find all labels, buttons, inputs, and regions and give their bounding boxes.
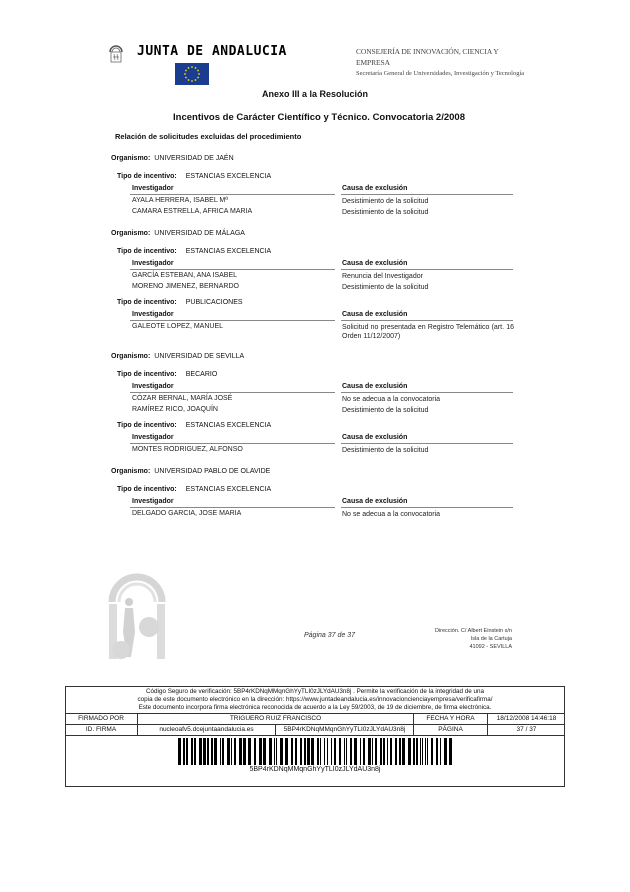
investigador-header: Investigador [132, 260, 174, 267]
header-underline [341, 443, 513, 444]
tipo-label: Tipo de incentivo: [117, 173, 177, 180]
tipo-value: ESTANCIAS EXCELENCIA [186, 173, 271, 180]
causa-header: Causa de exclusión [342, 311, 407, 318]
organismo-row: Organismo:UNIVERSIDAD DE MÁLAGA [111, 230, 630, 242]
table-header: InvestigadorCausa de exclusión [130, 184, 512, 195]
header-underline [130, 443, 335, 444]
table-row: GALEOTE LOPEZ, MANUELSolicitud no presen… [130, 322, 512, 341]
address-line: 41092 - SEVILLA [400, 643, 512, 651]
organismo-label: Organismo: [111, 353, 150, 360]
table-header: InvestigadorCausa de exclusión [130, 497, 512, 508]
organismo-label: Organismo: [111, 230, 150, 237]
investigador-cell: DELGADO GARCIA, JOSE MARIA [132, 510, 241, 517]
tipo-label: Tipo de incentivo: [117, 371, 177, 378]
causa-cell: Desistimiento de la solicitud [342, 405, 514, 415]
signature-divider [65, 735, 565, 736]
header-underline [130, 507, 335, 508]
table-header: InvestigadorCausa de exclusión [130, 382, 512, 393]
id-firma-code: 5BP4rKDNqMMqnGhYyTLI0zJLYdAU3n8j [275, 725, 413, 735]
table-row: MONTES RODRIGUEZ, ALFONSODesistimiento d… [130, 445, 512, 456]
tipo-value: ESTANCIAS EXCELENCIA [186, 486, 271, 493]
hercules-lions-watermark-icon [107, 562, 167, 662]
andalucia-emblem-icon [108, 42, 124, 64]
investigador-cell: GALEOTE LOPEZ, MANUEL [132, 323, 223, 330]
tipo-label: Tipo de incentivo: [117, 486, 177, 493]
pagina-value: 37 / 37 [487, 725, 565, 735]
investigador-cell: CAMARA ESTRELLA, AFRICA MARIA [132, 208, 252, 215]
barcode-text: 5BP4rKDNqMMqnGhYyTLI0zJLYdAU3n8j [178, 766, 452, 773]
organismo-row: Organismo:UNIVERSIDAD DE SEVILLA [111, 353, 630, 365]
table-row: AYALA HERRERA, ISABEL MªDesistimiento de… [130, 196, 512, 207]
causa-header: Causa de exclusión [342, 185, 407, 192]
verification-line: Este documento incorpora firma electróni… [66, 704, 564, 712]
table-row: GARCÍA ESTEBAN, ANA ISABELRenuncia del I… [130, 271, 512, 282]
verification-line: copia de este documento electrónico en l… [66, 696, 564, 704]
header-underline [130, 320, 335, 321]
causa-cell: Solicitud no presentada en Registro Tele… [342, 322, 514, 341]
table-header: InvestigadorCausa de exclusión [130, 433, 512, 444]
tipo-label: Tipo de incentivo: [117, 299, 177, 306]
table-row: RAMÍREZ RICO, JOAQUÍNDesistimiento de la… [130, 405, 512, 416]
header-underline [341, 194, 513, 195]
eu-flag-icon [175, 63, 209, 85]
causa-cell: Desistimiento de la solicitud [342, 282, 514, 292]
header-underline [130, 269, 335, 270]
organismo-value: UNIVERSIDAD DE JAÉN [154, 155, 233, 162]
table-header: InvestigadorCausa de exclusión [130, 310, 512, 321]
investigador-cell: CÓZAR BERNAL, MARÍA JOSÉ [132, 395, 232, 402]
causa-cell: No se adecua a la convocatoria [342, 509, 514, 519]
header-underline [341, 269, 513, 270]
table-row: CAMARA ESTRELLA, AFRICA MARIADesistimien… [130, 207, 512, 218]
causa-cell: Desistimiento de la solicitud [342, 196, 514, 206]
address-block: Dirección. C/ Albert Einstein s/n Isla d… [400, 627, 512, 651]
verification-text: Código Seguro de verificación: 5BP4rKDNq… [66, 688, 564, 712]
header-underline [130, 194, 335, 195]
causa-cell: Renuncia del Investigador [342, 271, 514, 281]
relation-heading: Relación de solicitudes excluidas del pr… [115, 132, 301, 141]
organismo-row: Organismo:UNIVERSIDAD DE JAÉN [111, 155, 630, 167]
tipo-incentivo-row: Tipo de incentivo:ESTANCIAS EXCELENCIA [117, 173, 630, 184]
tipo-value: PUBLICACIONES [186, 299, 243, 306]
barcode-icon [178, 738, 452, 765]
investigador-cell: MORENO JIMENEZ, BERNARDO [132, 283, 239, 290]
investigador-header: Investigador [132, 434, 174, 441]
table-header: InvestigadorCausa de exclusión [130, 259, 512, 270]
consejeria-block: CONSEJERÍA DE INNOVACIÓN, CIENCIA Y EMPR… [356, 46, 531, 79]
firmado-por-value: TRIGUERO RUIZ FRANCISCO [137, 714, 413, 724]
table-row: CÓZAR BERNAL, MARÍA JOSÉNo se adecua a l… [130, 394, 512, 405]
investigador-cell: MONTES RODRIGUEZ, ALFONSO [132, 446, 243, 453]
fecha-label: FECHA Y HORA [413, 714, 487, 724]
header-underline [341, 320, 513, 321]
investigador-header: Investigador [132, 185, 174, 192]
fecha-value: 18/12/2008 14:46:18 [487, 714, 565, 724]
firmado-por-label: FIRMADO POR [65, 714, 137, 724]
investigador-cell: GARCÍA ESTEBAN, ANA ISABEL [132, 272, 237, 279]
organismo-value: UNIVERSIDAD DE MÁLAGA [154, 230, 245, 237]
organismo-label: Organismo: [111, 468, 150, 475]
tipo-incentivo-row: Tipo de incentivo:ESTANCIAS EXCELENCIA [117, 486, 630, 497]
tipo-value: BECARIO [186, 371, 218, 378]
tipo-value: ESTANCIAS EXCELENCIA [186, 248, 271, 255]
tipo-incentivo-row: Tipo de incentivo:BECARIO [117, 371, 630, 382]
tipo-incentivo-row: Tipo de incentivo:ESTANCIAS EXCELENCIA [117, 422, 630, 433]
causa-header: Causa de exclusión [342, 383, 407, 390]
investigador-header: Investigador [132, 383, 174, 390]
organismo-value: UNIVERSIDAD PABLO DE OLAVIDE [154, 468, 270, 475]
investigador-cell: RAMÍREZ RICO, JOAQUÍN [132, 406, 218, 413]
tipo-incentivo-row: Tipo de incentivo:PUBLICACIONES [117, 299, 630, 310]
signature-row-signer: FIRMADO POR TRIGUERO RUIZ FRANCISCO FECH… [65, 713, 565, 724]
organismo-row: Organismo:UNIVERSIDAD PABLO DE OLAVIDE [111, 468, 630, 480]
organismo-value: UNIVERSIDAD DE SEVILLA [154, 353, 244, 360]
organismo-label: Organismo: [111, 155, 150, 162]
id-firma-label: ID. FIRMA [65, 725, 137, 735]
document-title: Anexo III a la Resolución [0, 89, 630, 99]
causa-cell: Desistimiento de la solicitud [342, 445, 514, 455]
pagina-label: PÁGINA [413, 725, 487, 735]
causa-header: Causa de exclusión [342, 260, 407, 267]
address-line: Isla de la Cartuja [400, 635, 512, 643]
investigador-cell: AYALA HERRERA, ISABEL Mª [132, 197, 228, 204]
secretaria-name: Secretaría General de Universidades, Inv… [356, 68, 531, 79]
causa-cell: No se adecua a la convocatoria [342, 394, 514, 404]
investigador-header: Investigador [132, 311, 174, 318]
table-row: MORENO JIMENEZ, BERNARDODesistimiento de… [130, 282, 512, 293]
header-underline [341, 507, 513, 508]
causa-cell: Desistimiento de la solicitud [342, 207, 514, 217]
exclusion-list: Organismo:UNIVERSIDAD DE JAÉNTipo de inc… [0, 150, 630, 520]
tipo-value: ESTANCIAS EXCELENCIA [186, 422, 271, 429]
tipo-label: Tipo de incentivo: [117, 248, 177, 255]
verification-line: Código Seguro de verificación: 5BP4rKDNq… [66, 688, 564, 696]
investigador-header: Investigador [132, 498, 174, 505]
table-row: DELGADO GARCIA, JOSE MARIANo se adecua a… [130, 509, 512, 520]
causa-header: Causa de exclusión [342, 498, 407, 505]
header-underline [341, 392, 513, 393]
junta-logo-text: JUNTA DE ANDALUCIA [137, 44, 287, 59]
header-underline [130, 392, 335, 393]
id-firma-host: nucleoafv5.dcejuntaandalucia.es [137, 725, 275, 735]
tipo-incentivo-row: Tipo de incentivo:ESTANCIAS EXCELENCIA [117, 248, 630, 259]
document-subtitle: Incentivos de Carácter Científico y Técn… [0, 112, 630, 123]
address-line: Dirección. C/ Albert Einstein s/n [400, 627, 512, 635]
signature-row-id: ID. FIRMA nucleoafv5.dcejuntaandalucia.e… [65, 724, 565, 735]
causa-header: Causa de exclusión [342, 434, 407, 441]
page-number: Página 37 de 37 [304, 632, 355, 639]
consejeria-name: CONSEJERÍA DE INNOVACIÓN, CIENCIA Y EMPR… [356, 46, 531, 68]
tipo-label: Tipo de incentivo: [117, 422, 177, 429]
